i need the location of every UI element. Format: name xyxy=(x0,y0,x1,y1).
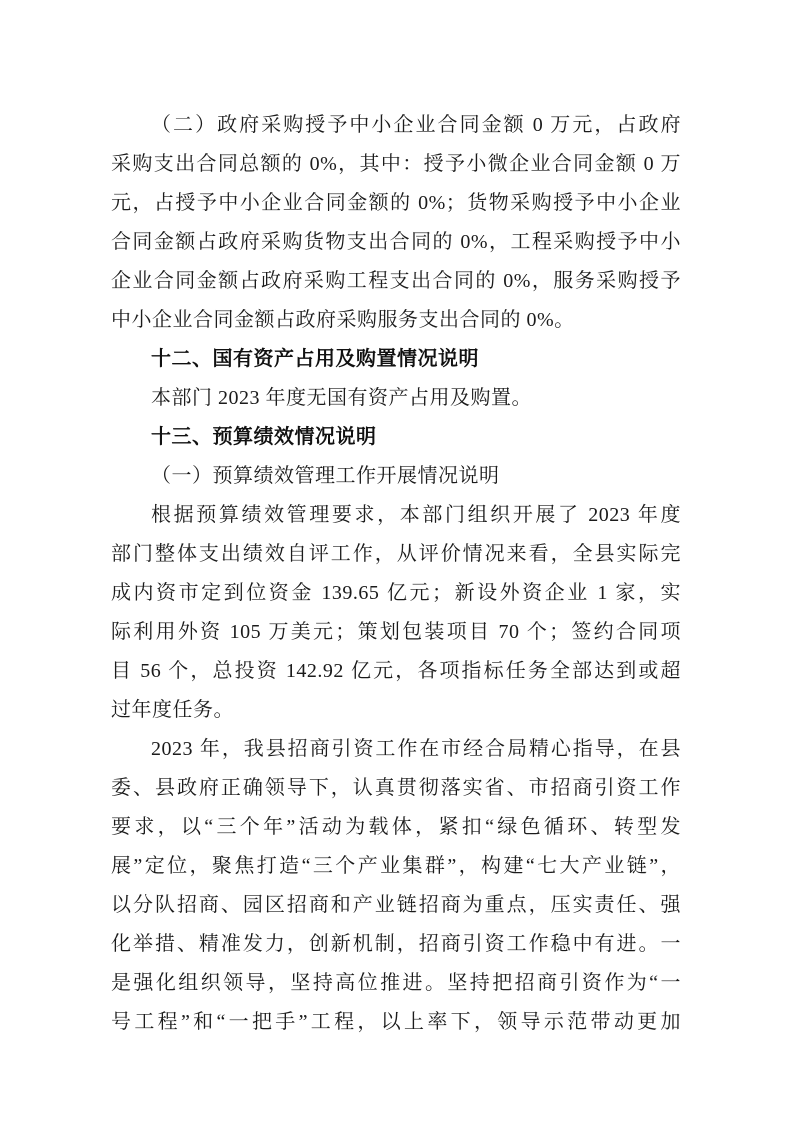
paragraph-line: 以分队招商、园区招商和产业链招商为重点，压实责任、强 xyxy=(111,886,681,925)
paragraph-line: 采购支出合同总额的 0%，其中：授予小微企业合同金额 0 万 xyxy=(111,145,681,184)
paragraph-line: （二）政府采购授予中小企业合同金额 0 万元，占政府 xyxy=(111,106,681,145)
document-page: （二）政府采购授予中小企业合同金额 0 万元，占政府采购支出合同总额的 0%，其… xyxy=(0,0,793,1122)
paragraph-line: 企业合同金额占政府采购工程支出合同的 0%，服务采购授予 xyxy=(111,262,681,301)
section-heading-line: 十三、预算绩效情况说明 xyxy=(111,418,681,457)
paragraph-line: 要求，以“三个年”活动为载体，紧扣“绿色循环、转型发 xyxy=(111,808,681,847)
paragraph-line: 本部门 2023 年度无国有资产占用及购置。 xyxy=(111,379,681,418)
paragraph-line: 展”定位，聚焦打造“三个产业集群”，构建“七大产业链”， xyxy=(111,847,681,886)
paragraph-line: 际利用外资 105 万美元；策划包装项目 70 个；签约合同项 xyxy=(111,613,681,652)
paragraph-line: 目 56 个，总投资 142.92 亿元，各项指标任务全部达到或超 xyxy=(111,652,681,691)
document-content: （二）政府采购授予中小企业合同金额 0 万元，占政府采购支出合同总额的 0%，其… xyxy=(111,106,681,1042)
paragraph-line: 根据预算绩效管理要求，本部门组织开展了 2023 年度 xyxy=(111,496,681,535)
paragraph-line: 2023 年，我县招商引资工作在市经合局精心指导，在县 xyxy=(111,730,681,769)
section-heading-line: 十二、国有资产占用及购置情况说明 xyxy=(111,340,681,379)
paragraph-line: 成内资市定到位资金 139.65 亿元；新设外资企业 1 家，实 xyxy=(111,574,681,613)
paragraph-line: 部门整体支出绩效自评工作，从评价情况来看，全县实际完 xyxy=(111,535,681,574)
paragraph-line: 号工程”和“一把手”工程，以上率下，领导示范带动更加 xyxy=(111,1003,681,1042)
paragraph-line: 是强化组织领导，坚持高位推进。坚持把招商引资作为“一 xyxy=(111,964,681,1003)
paragraph-line: 委、县政府正确领导下，认真贯彻落实省、市招商引资工作 xyxy=(111,769,681,808)
paragraph-line: 过年度任务。 xyxy=(111,691,681,730)
paragraph-line: 合同金额占政府采购货物支出合同的 0%，工程采购授予中小 xyxy=(111,223,681,262)
paragraph-line: （一）预算绩效管理工作开展情况说明 xyxy=(111,457,681,496)
paragraph-line: 化举措、精准发力，创新机制，招商引资工作稳中有进。一 xyxy=(111,925,681,964)
paragraph-line: 元，占授予中小企业合同金额的 0%；货物采购授予中小企业 xyxy=(111,184,681,223)
paragraph-line: 中小企业合同金额占政府采购服务支出合同的 0%。 xyxy=(111,301,681,340)
